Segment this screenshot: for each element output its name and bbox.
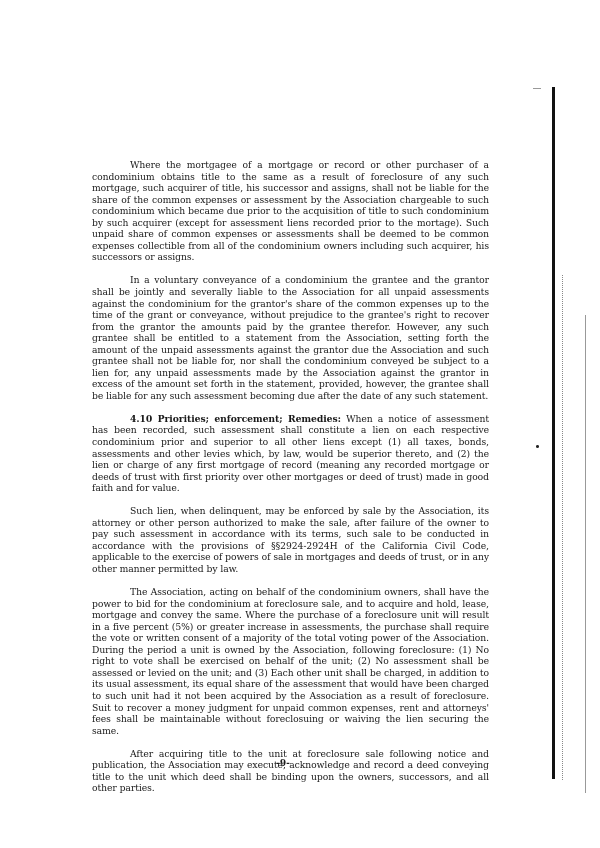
page-number: -9- — [268, 759, 298, 769]
paragraph-mortgagee-foreclosure: Where the mortgagee of a mortgage or rec… — [92, 160, 489, 264]
paragraph-association-bid-power: The Association, acting on behalf of the… — [92, 587, 489, 737]
margin-binding-line — [552, 87, 555, 779]
scan-mark — [533, 88, 541, 89]
scan-edge-dotted-line — [562, 275, 563, 780]
paragraph-deed-conveyance: After acquiring title to the unit at for… — [92, 749, 489, 795]
document-page: Where the mortgagee of a mortgage or rec… — [0, 0, 600, 848]
paragraph-text: When a notice of assessment has been rec… — [92, 414, 489, 494]
scan-speck — [536, 445, 539, 448]
paragraph-text: After acquiring title to the unit at for… — [92, 749, 489, 795]
paragraph-text: In a voluntary conveyance of a condomini… — [92, 275, 489, 401]
paragraph-text: Such lien, when delinquent, may be enfor… — [92, 506, 489, 575]
paragraph-voluntary-conveyance: In a voluntary conveyance of a condomini… — [92, 275, 489, 402]
scan-edge-faint-line — [585, 315, 586, 793]
paragraph-lien-enforcement: Such lien, when delinquent, may be enfor… — [92, 506, 489, 575]
section-4-10-priorities: 4.10 Priorities; enforcement; Remedies: … — [92, 414, 489, 495]
section-heading: 4.10 Priorities; enforcement; Remedies: — [130, 414, 341, 425]
paragraph-text: The Association, acting on behalf of the… — [92, 587, 489, 737]
body-text: Where the mortgagee of a mortgage or rec… — [92, 160, 489, 806]
paragraph-text: Where the mortgagee of a mortgage or rec… — [92, 160, 489, 263]
